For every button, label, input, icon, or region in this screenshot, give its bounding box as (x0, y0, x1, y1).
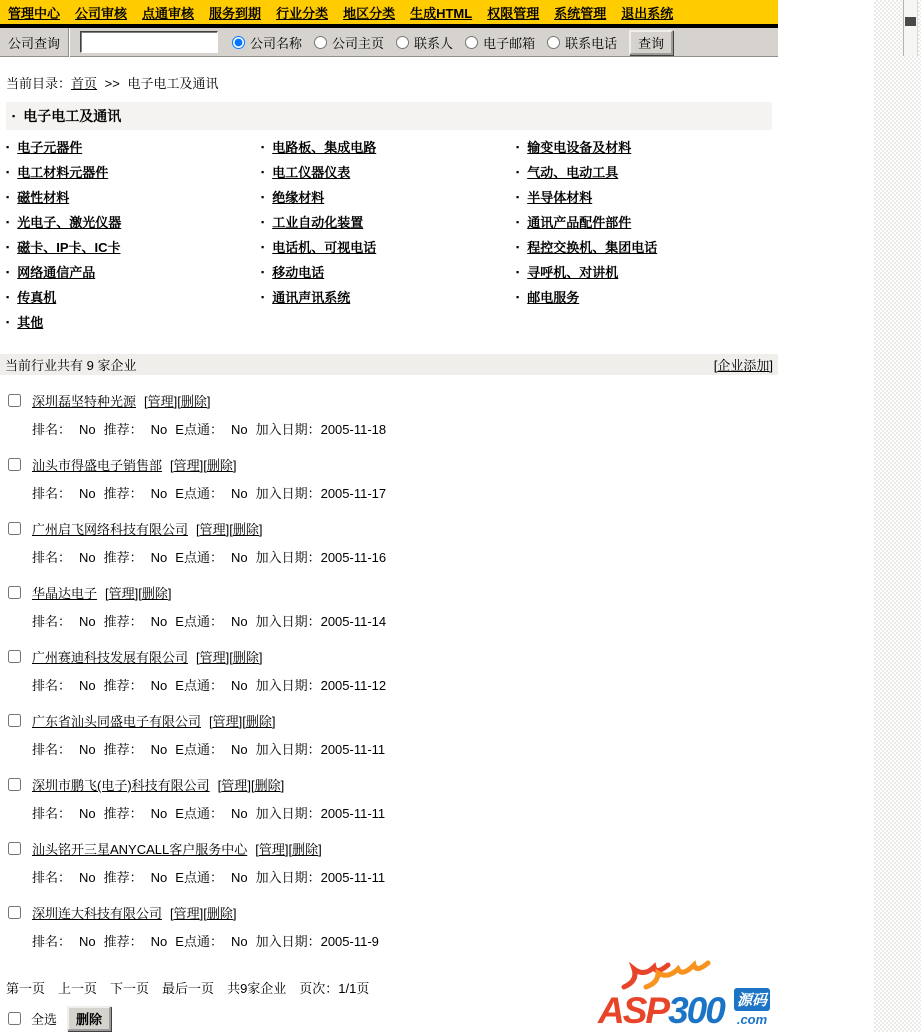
category-item: ▪网络通信产品 (6, 259, 261, 284)
category-item: ▪电子元器件 (6, 134, 261, 159)
link-text: 删除 (233, 650, 259, 665)
delete-selected-button[interactable]: 删除 (67, 1006, 111, 1031)
recommend-value: No (151, 550, 168, 565)
delete-link[interactable]: [删除] (251, 775, 284, 794)
join-date-value: 2005-11-18 (321, 422, 387, 437)
recommend-value: No (151, 870, 168, 885)
company-item: 深圳磊坚特种光源[管理][删除]排名：No推荐：NoE点通：No加入日期：200… (6, 376, 772, 440)
top-menu-item-7[interactable]: 生成HTML (410, 3, 472, 22)
category-item: ▪移动电话 (261, 259, 516, 284)
square-bullet-icon: ▪ (6, 317, 9, 327)
link-text: 管理 (174, 458, 200, 473)
recommend-label: 推荐： (104, 742, 143, 757)
search-type-radio-2[interactable] (314, 36, 327, 49)
recommend-label: 推荐： (104, 678, 143, 693)
recommend-label: 推荐： (104, 934, 143, 949)
category-link[interactable]: 传真机 (17, 287, 56, 306)
category-item: ▪电路板、集成电路 (261, 134, 516, 159)
page-edge-dither (874, 0, 921, 1032)
add-company-link[interactable]: [企业添加] (714, 355, 773, 374)
recommend-label: 推荐： (104, 614, 143, 629)
ediantong-label: E点通： (175, 550, 223, 565)
breadcrumb-current: 电子电工及通讯 (127, 76, 218, 91)
category-column-3: ▪输变电设备及材料▪气动、电动工具▪半导体材料▪通讯产品配件部件▪程控交换机、集… (516, 134, 766, 334)
recommend-label: 推荐： (104, 550, 143, 565)
square-bullet-icon: ▪ (6, 167, 9, 177)
category-title: 电子电工及通讯 (23, 106, 121, 126)
square-bullet-icon: ▪ (261, 142, 264, 152)
company-name-link[interactable]: 广州赛迪科技发展有限公司 (32, 647, 188, 666)
category-link[interactable]: 邮电服务 (527, 287, 579, 306)
recommend-label: 推荐： (104, 870, 143, 885)
ediantong-value: No (231, 486, 248, 501)
company-name-link[interactable]: 广州启飞网络科技有限公司 (32, 519, 188, 538)
category-item: ▪工业自动化装置 (261, 209, 516, 234)
select-all-checkbox[interactable] (8, 1012, 21, 1025)
ediantong-value: No (231, 806, 248, 821)
square-bullet-icon: ▪ (261, 292, 264, 302)
link-text: 管理 (200, 650, 226, 665)
company-item: 广州启飞网络科技有限公司[管理][删除]排名：No推荐：NoE点通：No加入日期… (6, 504, 772, 568)
delete-link[interactable]: [删除] (289, 839, 322, 858)
company-meta-row: 排名：No推荐：NoE点通：No加入日期：2005-11-16 (32, 547, 772, 566)
divider (68, 28, 70, 57)
company-item: 深圳市鹏飞(电子)科技有限公司[管理][删除]排名：No推荐：NoE点通：No加… (6, 760, 772, 824)
rank-value: No (79, 870, 96, 885)
bracket: ] (318, 842, 322, 857)
company-name-link[interactable]: 深圳连大科技有限公司 (32, 903, 162, 922)
category-item: ▪绝缘材料 (261, 184, 516, 209)
company-meta-row: 排名：No推荐：NoE点通：No加入日期：2005-11-11 (32, 739, 772, 758)
join-date-value: 2005-11-14 (321, 614, 387, 629)
category-link[interactable]: 网络通信产品 (17, 262, 95, 281)
square-bullet-icon: ▪ (516, 167, 519, 177)
manage-link[interactable]: [管理] (255, 839, 288, 858)
company-item: 广东省汕头同盛电子有限公司[管理][删除]排名：No推荐：NoE点通：No加入日… (6, 696, 772, 760)
square-bullet-icon: ▪ (261, 167, 264, 177)
logo-com-text: .com (730, 1012, 774, 1027)
top-menu-item-3[interactable]: 点通审核 (142, 3, 194, 22)
delete-link[interactable]: [删除] (229, 647, 262, 666)
company-checkbox[interactable] (8, 842, 21, 855)
link-text: 删除 (207, 906, 233, 921)
rank-value: No (79, 614, 96, 629)
breadcrumb-prefix: 当前目录： (6, 76, 71, 91)
ediantong-label: E点通： (175, 806, 223, 821)
category-link[interactable]: 输变电设备及材料 (527, 137, 631, 156)
join-date-label: 加入日期： (256, 422, 321, 437)
ediantong-label: E点通： (175, 614, 223, 629)
company-meta-row: 排名：No推荐：NoE点通：No加入日期：2005-11-11 (32, 867, 772, 886)
search-type-radio-3[interactable] (396, 36, 409, 49)
company-checkbox[interactable] (8, 458, 21, 471)
main-content: 当前目录：首页 >> 电子电工及通讯 ▪ 电子电工及通讯 ▪电子元器件▪电工材料… (0, 73, 778, 1031)
flame-icon (618, 957, 714, 991)
ediantong-value: No (231, 678, 248, 693)
search-label: 公司查询 (8, 33, 60, 52)
bracket: ] (233, 458, 237, 473)
category-link[interactable]: 气动、电动工具 (527, 162, 618, 181)
bracket: ] (272, 714, 276, 729)
category-link[interactable]: 绝缘材料 (272, 187, 324, 206)
bracket: ] (259, 650, 263, 665)
link-text: 删除 (207, 458, 233, 473)
search-type-option-5[interactable]: 联系电话 (547, 33, 617, 52)
category-item: ▪通讯产品配件部件 (516, 209, 766, 234)
bracket: ] (281, 778, 285, 793)
company-name-row: 深圳连大科技有限公司[管理][删除] (6, 903, 772, 922)
manage-link[interactable]: [管理] (170, 455, 203, 474)
listing-status-row: 当前行业共有 9 家企业 [企业添加] (0, 354, 778, 375)
square-bullet-icon: ▪ (516, 267, 519, 277)
company-search-bar: 公司查询 公司名称公司主页联系人电子邮箱联系电话 查询 (0, 28, 778, 57)
scrollbar-fragment[interactable] (903, 0, 918, 56)
top-menu-item-2[interactable]: 公司审核 (75, 3, 127, 22)
rank-value: No (79, 678, 96, 693)
rank-label: 排名： (32, 742, 71, 757)
join-date-value: 2005-11-9 (321, 934, 379, 949)
search-input[interactable] (80, 31, 218, 53)
search-type-option-3[interactable]: 联系人 (396, 33, 453, 52)
category-link[interactable]: 电工仪器仪表 (272, 162, 350, 181)
link-text: 管理 (221, 778, 247, 793)
square-bullet-icon: ▪ (516, 192, 519, 202)
company-name-row: 汕头铭开三星ANYCALL客户服务中心[管理][删除] (6, 839, 772, 858)
recommend-value: No (151, 614, 168, 629)
company-name-link[interactable]: 深圳磊坚特种光源 (32, 391, 136, 410)
top-menu-item-8[interactable]: 权限管理 (487, 3, 539, 22)
category-link[interactable]: 半导体材料 (527, 187, 592, 206)
page-link-4[interactable]: 最后一页 (162, 978, 214, 997)
ediantong-value: No (231, 550, 248, 565)
ediantong-label: E点通： (175, 934, 223, 949)
top-menu-item-6[interactable]: 地区分类 (343, 3, 395, 22)
join-date-value: 2005-11-12 (321, 678, 387, 693)
square-bullet-icon: ▪ (12, 111, 15, 121)
delete-link[interactable]: [删除] (242, 711, 275, 730)
company-meta-row: 排名：No推荐：NoE点通：No加入日期：2005-11-18 (32, 419, 772, 438)
ediantong-value: No (231, 614, 248, 629)
delete-link[interactable]: [删除] (203, 903, 236, 922)
rank-label: 排名： (32, 614, 71, 629)
asp300-watermark-logo: ASP300 源码 .com (596, 959, 776, 1029)
category-column-1: ▪电子元器件▪电工材料元器件▪磁性材料▪光电子、激光仪器▪磁卡、IP卡、IC卡▪… (6, 134, 261, 334)
company-meta-row: 排名：No推荐：NoE点通：No加入日期：2005-11-12 (32, 675, 772, 694)
page-link-2[interactable]: 上一页 (58, 978, 97, 997)
ediantong-label: E点通： (175, 486, 223, 501)
scrollbar-thumb[interactable] (905, 17, 916, 26)
link-text: 管理 (259, 842, 285, 857)
category-item: ▪通讯声讯系统 (261, 284, 516, 309)
radio-label: 公司名称 (250, 33, 302, 52)
category-link[interactable]: 工业自动化装置 (272, 212, 363, 231)
ediantong-label: E点通： (175, 678, 223, 693)
company-checkbox[interactable] (8, 586, 21, 599)
bracket: ] (233, 906, 237, 921)
company-name-row: 深圳磊坚特种光源[管理][删除] (6, 391, 772, 410)
radio-label: 公司主页 (332, 33, 384, 52)
search-button[interactable]: 查询 (629, 30, 673, 55)
category-link-grid: ▪电子元器件▪电工材料元器件▪磁性材料▪光电子、激光仪器▪磁卡、IP卡、IC卡▪… (6, 134, 772, 334)
category-link[interactable]: 移动电话 (272, 262, 324, 281)
company-item: 广州赛迪科技发展有限公司[管理][删除]排名：No推荐：NoE点通：No加入日期… (6, 632, 772, 696)
manage-link[interactable]: [管理] (218, 775, 251, 794)
link-text: 管理 (148, 394, 174, 409)
breadcrumb-home-link[interactable]: 首页 (71, 76, 97, 91)
rank-value: No (79, 806, 96, 821)
company-count-text: 当前行业共有 9 家企业 (5, 355, 136, 374)
square-bullet-icon: ▪ (6, 292, 9, 302)
rank-label: 排名： (32, 806, 71, 821)
category-link[interactable]: 电工材料元器件 (17, 162, 108, 181)
company-checkbox[interactable] (8, 714, 21, 727)
join-date-label: 加入日期： (256, 550, 321, 565)
recommend-value: No (151, 934, 168, 949)
logo-yuanma-badge: 源码 (734, 988, 770, 1011)
select-all-label: 全选 (31, 1009, 57, 1028)
recommend-value: No (151, 486, 168, 501)
delete-link[interactable]: [删除] (229, 519, 262, 538)
category-item: ▪传真机 (6, 284, 261, 309)
search-type-option-2[interactable]: 公司主页 (314, 33, 384, 52)
search-type-radios: 公司名称公司主页联系人电子邮箱联系电话 (232, 33, 629, 52)
company-checkbox[interactable] (8, 394, 21, 407)
square-bullet-icon: ▪ (261, 217, 264, 227)
join-date-value: 2005-11-11 (321, 806, 386, 821)
company-name-link[interactable]: 华晶达电子 (32, 583, 97, 602)
rank-value: No (79, 486, 96, 501)
manage-link[interactable]: [管理] (170, 903, 203, 922)
search-type-radio-4[interactable] (465, 36, 478, 49)
company-name-link[interactable]: 深圳市鹏飞(电子)科技有限公司 (32, 775, 210, 794)
logo-text: ASP300 (598, 992, 724, 1029)
category-item: ▪气动、电动工具 (516, 159, 766, 184)
ediantong-label: E点通： (175, 870, 223, 885)
company-name-link[interactable]: 汕头铭开三星ANYCALL客户服务中心 (32, 839, 247, 858)
join-date-label: 加入日期： (256, 870, 321, 885)
company-list: 深圳磊坚特种光源[管理][删除]排名：No推荐：NoE点通：No加入日期：200… (6, 376, 772, 952)
bracket: ] (168, 586, 172, 601)
company-name-row: 广东省汕头同盛电子有限公司[管理][删除] (6, 711, 772, 730)
link-text: 删除 (181, 394, 207, 409)
company-checkbox[interactable] (8, 522, 21, 535)
ediantong-value: No (231, 870, 248, 885)
join-date-label: 加入日期： (256, 614, 321, 629)
category-item: ▪电工仪器仪表 (261, 159, 516, 184)
company-item: 汕头市得盛电子销售部[管理][删除]排名：No推荐：NoE点通：No加入日期：2… (6, 440, 772, 504)
link-text: 删除 (255, 778, 281, 793)
company-meta-row: 排名：No推荐：NoE点通：No加入日期：2005-11-9 (32, 931, 772, 950)
company-name-row: 深圳市鹏飞(电子)科技有限公司[管理][删除] (6, 775, 772, 794)
category-item: ▪其他 (6, 309, 261, 334)
join-date-value: 2005-11-17 (321, 486, 387, 501)
radio-label: 联系人 (414, 33, 453, 52)
category-item: ▪电话机、可视电话 (261, 234, 516, 259)
top-menu-item-5[interactable]: 行业分类 (276, 3, 328, 22)
link-text: 删除 (233, 522, 259, 537)
page-link-3[interactable]: 下一页 (110, 978, 149, 997)
category-column-2: ▪电路板、集成电路▪电工仪器仪表▪绝缘材料▪工业自动化装置▪电话机、可视电话▪移… (261, 134, 516, 334)
square-bullet-icon: ▪ (261, 192, 264, 202)
category-link[interactable]: 其他 (17, 312, 43, 331)
page-link-1[interactable]: 第一页 (6, 978, 45, 997)
top-menu-item-10[interactable]: 退出系统 (621, 3, 673, 22)
recommend-value: No (151, 742, 168, 757)
delete-link[interactable]: [删除] (177, 391, 210, 410)
square-bullet-icon: ▪ (6, 242, 9, 252)
page-number-text: 页次：1/1页 (299, 978, 369, 997)
company-item: 华晶达电子[管理][删除]排名：No推荐：NoE点通：No加入日期：2005-1… (6, 568, 772, 632)
admin-page: 管理中心公司审核点通审核服务到期行业分类地区分类生成HTML权限管理系统管理退出… (0, 0, 778, 1031)
top-menu-item-9[interactable]: 系统管理 (554, 3, 606, 22)
link-text: 管理 (213, 714, 239, 729)
company-name-row: 广州启飞网络科技有限公司[管理][删除] (6, 519, 772, 538)
manage-link[interactable]: [管理] (144, 391, 177, 410)
category-link[interactable]: 电话机、可视电话 (272, 237, 376, 256)
rank-label: 排名： (32, 870, 71, 885)
category-link[interactable]: 通讯声讯系统 (272, 287, 350, 306)
rank-label: 排名： (32, 678, 71, 693)
recommend-label: 推荐： (104, 806, 143, 821)
bracket: ] (207, 394, 211, 409)
rank-label: 排名： (32, 486, 71, 501)
delete-link[interactable]: [删除] (203, 455, 236, 474)
company-checkbox[interactable] (8, 906, 21, 919)
company-name-row: 汕头市得盛电子销售部[管理][删除] (6, 455, 772, 474)
link-text: 删除 (142, 586, 168, 601)
square-bullet-icon: ▪ (516, 142, 519, 152)
link-text: 删除 (246, 714, 272, 729)
rank-value: No (79, 934, 96, 949)
join-date-value: 2005-11-11 (321, 870, 386, 885)
category-header: ▪ 电子电工及通讯 (6, 102, 772, 130)
join-date-label: 加入日期： (256, 678, 321, 693)
square-bullet-icon: ▪ (261, 267, 264, 277)
join-date-label: 加入日期： (256, 806, 321, 821)
manage-link[interactable]: [管理] (105, 583, 138, 602)
radio-label: 电子邮箱 (483, 33, 535, 52)
company-name-link[interactable]: 广东省汕头同盛电子有限公司 (32, 711, 201, 730)
square-bullet-icon: ▪ (6, 192, 9, 202)
category-item: ▪电工材料元器件 (6, 159, 261, 184)
logo-side: 源码 .com (730, 988, 774, 1027)
square-bullet-icon: ▪ (261, 242, 264, 252)
category-link[interactable]: 寻呼机、对讲机 (527, 262, 618, 281)
join-date-label: 加入日期： (256, 742, 321, 757)
radio-label: 联系电话 (565, 33, 617, 52)
company-checkbox[interactable] (8, 778, 21, 791)
company-item: 深圳连大科技有限公司[管理][删除]排名：No推荐：NoE点通：No加入日期：2… (6, 888, 772, 952)
search-type-option-4[interactable]: 电子邮箱 (465, 33, 535, 52)
manage-link[interactable]: [管理] (196, 519, 229, 538)
breadcrumb: 当前目录：首页 >> 电子电工及通讯 (6, 73, 772, 90)
category-item: ▪寻呼机、对讲机 (516, 259, 766, 284)
category-link[interactable]: 光电子、激光仪器 (17, 212, 121, 231)
link-text: 管理 (174, 906, 200, 921)
square-bullet-icon: ▪ (6, 142, 9, 152)
ediantong-label: E点通： (175, 422, 223, 437)
rank-label: 排名： (32, 422, 71, 437)
ediantong-value: No (231, 742, 248, 757)
category-link[interactable]: 磁性材料 (17, 187, 69, 206)
category-item: ▪输变电设备及材料 (516, 134, 766, 159)
company-meta-row: 排名：No推荐：NoE点通：No加入日期：2005-11-14 (32, 611, 772, 630)
square-bullet-icon: ▪ (6, 267, 9, 277)
search-type-option-1[interactable]: 公司名称 (232, 33, 302, 52)
category-link[interactable]: 电子元器件 (17, 137, 82, 156)
recommend-value: No (151, 806, 168, 821)
join-date-value: 2005-11-16 (321, 550, 387, 565)
company-name-row: 广州赛迪科技发展有限公司[管理][删除] (6, 647, 772, 666)
recommend-value: No (151, 678, 168, 693)
join-date-label: 加入日期： (256, 486, 321, 501)
join-date-label: 加入日期： (256, 934, 321, 949)
rank-value: No (79, 742, 96, 757)
ediantong-value: No (231, 934, 248, 949)
square-bullet-icon: ▪ (516, 217, 519, 227)
recommend-label: 推荐： (104, 486, 143, 501)
category-link[interactable]: 程控交换机、集团电话 (527, 237, 657, 256)
top-menu-item-1[interactable]: 管理中心 (8, 3, 60, 22)
category-link[interactable]: 通讯产品配件部件 (527, 212, 631, 231)
bracket: ] (259, 522, 263, 537)
link-text: 删除 (292, 842, 318, 857)
rank-label: 排名： (32, 934, 71, 949)
search-type-radio-5[interactable] (547, 36, 560, 49)
recommend-label: 推荐： (104, 422, 143, 437)
company-checkbox[interactable] (8, 650, 21, 663)
total-companies-text: 共9家企业 (227, 978, 286, 997)
company-meta-row: 排名：No推荐：NoE点通：No加入日期：2005-11-11 (32, 803, 772, 822)
category-item: ▪磁卡、IP卡、IC卡 (6, 234, 261, 259)
square-bullet-icon: ▪ (6, 217, 9, 227)
company-name-link[interactable]: 汕头市得盛电子销售部 (32, 455, 162, 474)
ediantong-value: No (231, 422, 248, 437)
breadcrumb-separator: >> (105, 76, 120, 91)
manage-link[interactable]: [管理] (209, 711, 242, 730)
link-text: 管理 (109, 586, 135, 601)
rank-label: 排名： (32, 550, 71, 565)
search-type-radio-1[interactable] (232, 36, 245, 49)
company-name-row: 华晶达电子[管理][删除] (6, 583, 772, 602)
join-date-value: 2005-11-11 (321, 742, 386, 757)
category-item: ▪邮电服务 (516, 284, 766, 309)
square-bullet-icon: ▪ (516, 292, 519, 302)
recommend-value: No (151, 422, 168, 437)
manage-link[interactable]: [管理] (196, 647, 229, 666)
company-item: 汕头铭开三星ANYCALL客户服务中心[管理][删除]排名：No推荐：NoE点通… (6, 824, 772, 888)
category-link[interactable]: 磁卡、IP卡、IC卡 (17, 237, 120, 256)
link-text: 管理 (200, 522, 226, 537)
top-menu-item-4[interactable]: 服务到期 (209, 3, 261, 22)
category-item: ▪光电子、激光仪器 (6, 209, 261, 234)
category-link[interactable]: 电路板、集成电路 (272, 137, 376, 156)
rank-value: No (79, 422, 96, 437)
category-item: ▪半导体材料 (516, 184, 766, 209)
rank-value: No (79, 550, 96, 565)
top-menu-bar: 管理中心公司审核点通审核服务到期行业分类地区分类生成HTML权限管理系统管理退出… (0, 0, 778, 28)
delete-link[interactable]: [删除] (138, 583, 171, 602)
ediantong-label: E点通： (175, 742, 223, 757)
category-item: ▪程控交换机、集团电话 (516, 234, 766, 259)
company-meta-row: 排名：No推荐：NoE点通：No加入日期：2005-11-17 (32, 483, 772, 502)
square-bullet-icon: ▪ (516, 242, 519, 252)
category-item: ▪磁性材料 (6, 184, 261, 209)
